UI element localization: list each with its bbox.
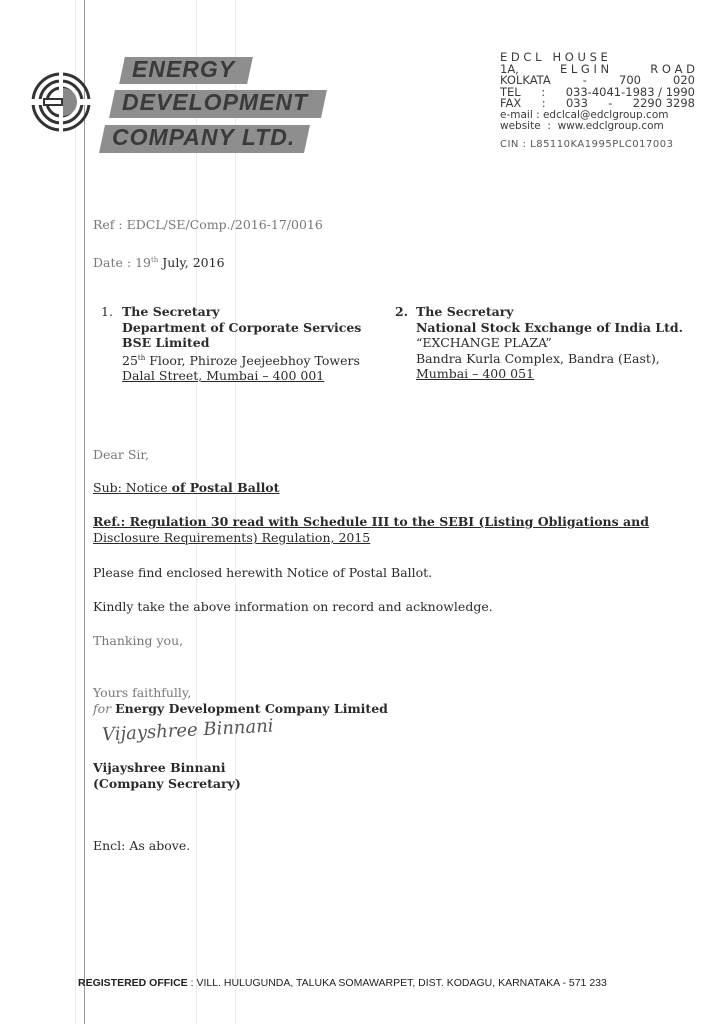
company-address-block: E D C L H O U S E 1A, E L G I N R O A D … xyxy=(500,52,695,150)
enclosure-note: Encl: As above. xyxy=(93,838,190,854)
body-paragraph: Thanking you, xyxy=(93,633,183,649)
scan-line xyxy=(235,0,236,1024)
letter-date: Date : 19th July, 2016 xyxy=(93,252,225,271)
address-website: website : www.edclgroup.com xyxy=(500,121,695,133)
address-fax: FAX : 033 - 2290 3298 xyxy=(500,98,695,110)
company-line: for Energy Development Company Limited xyxy=(93,701,388,717)
reference-number: Ref : EDCL/SE/Comp./2016-17/0016 xyxy=(93,217,323,233)
regulation-reference-line2: Disclosure Requirements) Regulation, 201… xyxy=(93,530,370,546)
signature: Vijayshree Binnani xyxy=(102,716,275,746)
salutation: Dear Sir, xyxy=(93,447,149,463)
scan-line xyxy=(196,0,197,1024)
valediction: Yours faithfully, xyxy=(93,685,191,701)
scan-line xyxy=(84,0,85,1024)
signatory-designation: (Company Secretary) xyxy=(93,776,241,792)
logo-text-energy: ENERGY xyxy=(132,56,235,83)
logo-text-development: DEVELOPMENT xyxy=(122,89,308,116)
body-paragraph: Please find enclosed herewith Notice of … xyxy=(93,565,432,581)
registered-office-footer: REGISTERED OFFICE : VILL. HULUGUNDA, TAL… xyxy=(78,977,607,989)
scan-line xyxy=(75,0,76,1024)
regulation-reference-line1: Ref.: Regulation 30 read with Schedule I… xyxy=(93,514,649,530)
edcl-emblem-icon xyxy=(30,68,92,136)
subject-line: Sub: Notice of Postal Ballot xyxy=(93,480,279,496)
body-paragraph: Kindly take the above information on rec… xyxy=(93,599,493,615)
address-cin: CIN : L85110KA1995PLC017003 xyxy=(500,139,695,150)
signatory-name: Vijayshree Binnani xyxy=(93,760,226,776)
logo-text-company: COMPANY LTD. xyxy=(112,124,295,151)
